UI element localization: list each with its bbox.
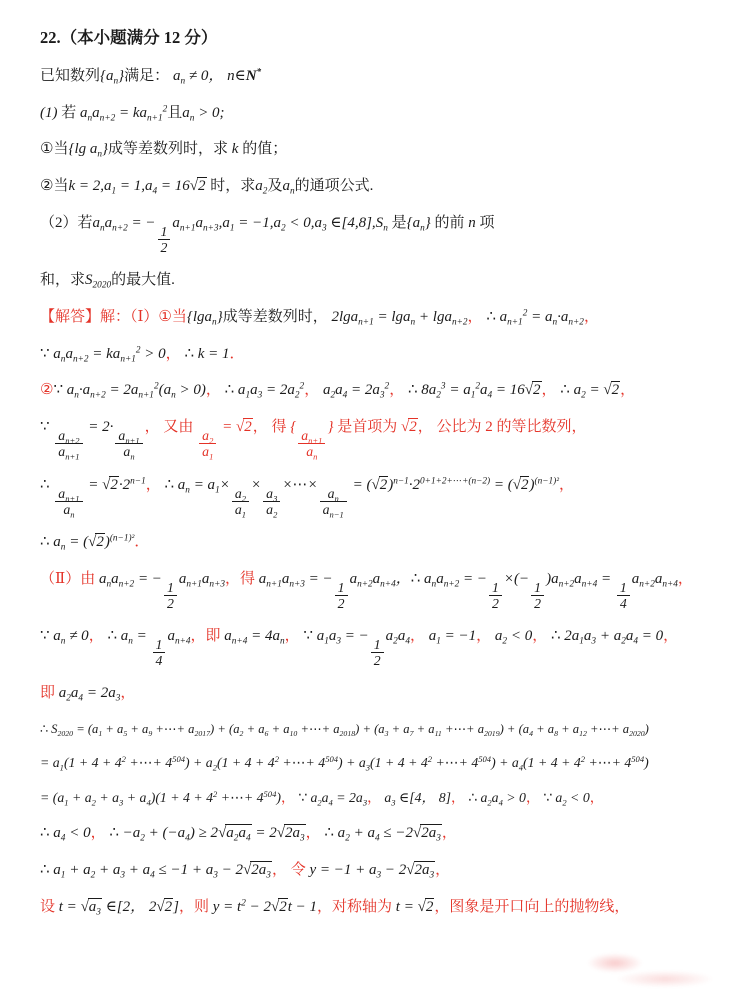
math-run: ∴ S2020 = (a1 + a5 + a9 +⋯+ a2017) + (a2… xyxy=(40,722,649,736)
text-run: ， xyxy=(120,685,135,701)
math-run: ∴ an+1an = √2·2n−1 xyxy=(40,477,146,493)
text-run: ． xyxy=(134,534,149,550)
text-run: 成等差数列时，求 xyxy=(108,141,228,157)
text-run: ， 又由 xyxy=(145,419,198,435)
text-run: ， xyxy=(306,825,321,841)
math-run: ∴ −a2 + (−a4) ≥ 2√a2a4 = 2√2a3 xyxy=(106,825,306,841)
math-run: ∵ a2a4 = 2a3 xyxy=(295,790,367,805)
text-run: ， xyxy=(584,309,599,325)
text-run: 设 xyxy=(40,899,59,915)
math-run: ∵ anan+2 = kan+12 > 0 xyxy=(40,346,166,362)
math-run: ∴ 8a23 = a12a4 = 16√2 xyxy=(404,382,541,398)
solution-step-7: （Ⅱ）由 anan+2 = −12an+1an+3，得 an+1an+3 = −… xyxy=(40,569,707,611)
text-run: ， xyxy=(532,628,547,644)
solution-step-6: ∴ an = (√2)(n−1)²． xyxy=(40,532,707,554)
part1-condition: (1) 若 anan+2 = kan+12且an > 0; xyxy=(40,103,707,125)
text-run: 项 xyxy=(480,215,495,231)
problem-title: 22.（本小题满分 12 分） xyxy=(40,26,707,50)
math-run: ∵ a1a3 = −12a2a4 xyxy=(300,628,410,644)
math-run: (1) xyxy=(40,105,61,121)
doc-lines: 已知数列{an}满足： an ≠ 0， n∈N*(1) 若 anan+2 = k… xyxy=(40,66,707,919)
math-run: ∵ an·an+2 = 2an+12(an > 0) xyxy=(53,382,205,398)
math-run: {lgan} xyxy=(187,309,223,325)
math-run: = (a1 + a2 + a3 + a4)(1 + 4 + 42 +⋯+ 450… xyxy=(40,790,281,805)
text-run: ． xyxy=(230,346,245,362)
text-run: ， xyxy=(559,477,574,493)
math-run: ∵ an ≠ 0 xyxy=(40,628,89,644)
part1-question-2: ②当k = 2,a1 = 1,a4 = 16√2 时，求a2及an的通项公式. xyxy=(40,176,707,198)
math-run: t = √2 xyxy=(396,898,435,915)
solution-step-8: ∵ an ≠ 0， ∴ an = 14an+4，即 an+4 = 4an， ∵ … xyxy=(40,626,707,668)
text-run: ， 公比为 2 的等比数列， xyxy=(418,419,587,435)
text-run: ， xyxy=(285,628,300,644)
solution-step-11: = a1(1 + 4 + 42 +⋯+ 4504) + a2(1 + 4 + 4… xyxy=(40,753,707,773)
text-run: 的最大值. xyxy=(111,272,175,288)
text-run: ，对称轴为 xyxy=(317,899,396,915)
given-condition: 已知数列{an}满足： an ≠ 0， n∈N* xyxy=(40,66,707,88)
solution-step-2: ∵ anan+2 = kan+12 > 0， ∴ k = 1． xyxy=(40,344,707,366)
math-run: anan+2 = kan+12 xyxy=(80,105,167,121)
watermark xyxy=(555,951,735,991)
part2-condition: （2）若anan+2 = −12an+1an+3,a1 = −1,a2 < 0,… xyxy=(40,213,707,255)
math-run: a2 xyxy=(255,178,267,194)
part1-question-1: ①当{lg an}成等差数列时，求 k 的值； xyxy=(40,139,707,161)
solution-step-12: = (a1 + a2 + a3 + a4)(1 + 4 + 42 +⋯+ 450… xyxy=(40,788,707,808)
math-run: t = √a3 ∈[2， 2√2] xyxy=(59,898,179,915)
text-run: ①当 xyxy=(40,141,68,157)
math-run: an > 0; xyxy=(182,105,224,121)
math-run: ∴ k = 1 xyxy=(181,346,230,362)
math-run: a1 = −1 xyxy=(425,628,476,644)
math-run: an xyxy=(282,178,294,194)
text-run: 及 xyxy=(267,178,282,194)
text-run: ， xyxy=(281,790,295,805)
math-run: {lg an} xyxy=(68,141,108,157)
text-run: ， xyxy=(468,309,483,325)
math-run: ∴ a2a4 > 0 xyxy=(465,790,526,805)
text-run: ，图象是开口向上的抛物线， xyxy=(434,899,629,915)
text-run: （2）若 xyxy=(40,215,93,231)
text-run: 即 xyxy=(40,685,59,701)
text-run: ， xyxy=(206,382,221,398)
math-run: ∴ an = 14an+4 xyxy=(104,628,191,644)
text-run: 是首项为 xyxy=(333,419,401,435)
math-run: N* xyxy=(246,68,262,84)
math-run: a2 < 0 xyxy=(491,628,532,644)
math-run: ∵ an+2an+1 = 2·an+1an xyxy=(40,419,145,435)
math-run: ∵ a2 < 0 xyxy=(540,790,590,805)
text-run: ， xyxy=(304,382,319,398)
text-run: ， xyxy=(590,790,604,805)
solution-step-4: ∵ an+2an+1 = 2·an+1an， 又由 a2a1 = √2， 得 {… xyxy=(40,417,707,459)
page: 22.（本小题满分 12 分） 已知数列{an}满足： an ≠ 0， n∈N*… xyxy=(0,0,741,997)
text-run: 【解答】解：（Ⅰ）①当 xyxy=(40,309,187,325)
math-run: {an} xyxy=(100,68,124,84)
math-run: {an} xyxy=(407,215,431,231)
text-run: 是 xyxy=(388,215,407,231)
text-run: ， xyxy=(442,825,457,841)
math-run: a3 ∈[4， 8] xyxy=(381,790,451,805)
text-run: ②当 xyxy=(40,178,68,194)
text-run: ， xyxy=(476,628,491,644)
text-run: ， xyxy=(678,571,693,587)
math-run: ∴ a1 + a2 + a3 + a4 ≤ −1 + a3 − 2√2a3 xyxy=(40,862,272,878)
solution-step-15: 设 t = √a3 ∈[2， 2√2]，则 y = t2 − 2√2t − 1，… xyxy=(40,897,707,919)
text-run: 若 xyxy=(61,105,80,121)
text-run: ， xyxy=(620,382,635,398)
math-run: an+1an+3 = −12an+2an+4，∴ anan+2 = −12×(−… xyxy=(259,571,678,587)
text-run: 已知数列 xyxy=(40,68,100,84)
math-run: an ≠ 0， n∈ xyxy=(173,68,246,84)
solution-step-9: 即 a2a4 = 2a3， xyxy=(40,683,707,705)
text-run: 的值； xyxy=(242,141,287,157)
math-run: ∴ 2a1a3 + a2a4 = 0 xyxy=(547,628,663,644)
text-run: 满足： xyxy=(124,68,173,84)
text-run: ， xyxy=(451,790,465,805)
text-run: ， xyxy=(663,628,678,644)
math-run: S2020 xyxy=(85,272,111,288)
text-run: ， xyxy=(166,346,181,362)
math-run: ∴ a2 + a4 ≤ −2√2a3 xyxy=(321,825,442,841)
text-run: 且 xyxy=(167,105,182,121)
math-run: anan+2 = −12an+1an+3 xyxy=(99,571,225,587)
text-run: ， xyxy=(367,790,381,805)
math-run: k = 2,a1 = 1,a4 = 16√2 xyxy=(68,178,206,194)
solution-step-1: 【解答】解：（Ⅰ）①当{lgan}成等差数列时， 2lgan+1 = lgan … xyxy=(40,307,707,329)
text-run: ， xyxy=(146,477,161,493)
text-run: 时，求 xyxy=(207,178,256,194)
text-run: ② xyxy=(40,382,53,398)
math-run: ∴ an = a1×a2a1×a3a2×⋯×anan−1 = (√2)n−1·2… xyxy=(161,477,559,493)
text-run: ，得 xyxy=(225,571,259,587)
math-run: y = −1 + a3 − 2√2a3 xyxy=(309,862,435,878)
solution-step-3: ②∵ an·an+2 = 2an+12(an > 0)， ∴ a1a3 = 2a… xyxy=(40,380,707,402)
text-run: ， xyxy=(89,628,104,644)
math-run: {an+1an} xyxy=(290,419,333,435)
math-run: 2lgan+1 = lgan + lgan+2 xyxy=(331,309,467,325)
text-run: ， xyxy=(435,862,450,878)
text-run: ， xyxy=(91,825,106,841)
text-run: ， xyxy=(410,628,425,644)
solution-step-14: ∴ a1 + a2 + a3 + a4 ≤ −1 + a3 − 2√2a3， 令… xyxy=(40,860,707,882)
text-run: ， xyxy=(542,382,557,398)
text-run: ，即 xyxy=(191,628,225,644)
math-run: a2a1 = √2 xyxy=(197,419,253,435)
part2-question: 和，求S2020的最大值. xyxy=(40,270,707,292)
text-run: ， xyxy=(526,790,540,805)
math-run: ∴ an+12 = an·an+2 xyxy=(483,309,584,325)
math-run: n xyxy=(465,215,480,231)
math-run: ∴ a1a3 = 2a22 xyxy=(221,382,304,398)
math-run: = a1(1 + 4 + 42 +⋯+ 4504) + a2(1 + 4 + 4… xyxy=(40,755,649,770)
text-run: （Ⅱ）由 xyxy=(40,571,99,587)
math-run: √2 xyxy=(401,418,418,435)
solution-step-13: ∴ a4 < 0， ∴ −a2 + (−a4) ≥ 2√a2a4 = 2√2a3… xyxy=(40,823,707,845)
text-run: ， 令 xyxy=(272,862,310,878)
math-run: an+4 = 4an xyxy=(224,628,284,644)
text-run: 的通项公式. xyxy=(295,178,374,194)
text-run: 的前 xyxy=(431,215,465,231)
math-run: a2a4 = 2a32 xyxy=(319,382,389,398)
text-run: 成等差数列时， xyxy=(223,309,332,325)
solution-step-10: ∴ S2020 = (a1 + a5 + a9 +⋯+ a2017) + (a2… xyxy=(40,720,707,738)
math-run: ∴ a4 < 0 xyxy=(40,825,91,841)
text-run: ， xyxy=(389,382,404,398)
text-run: 和，求 xyxy=(40,272,85,288)
text-run: ， 得 xyxy=(253,419,291,435)
math-run: anan+2 = −12an+1an+3,a1 = −1,a2 < 0,a3 ∈… xyxy=(93,215,388,231)
math-run: y = t2 − 2√2t − 1 xyxy=(213,899,317,915)
solution-step-5: ∴ an+1an = √2·2n−1， ∴ an = a1×a2a1×a3a2×… xyxy=(40,475,707,517)
math-run: ∴ an = (√2)(n−1)² xyxy=(40,534,134,550)
math-run: a2a4 = 2a3 xyxy=(59,685,121,701)
text-run: ，则 xyxy=(179,899,213,915)
math-run: k xyxy=(228,141,242,157)
math-run: ∴ a2 = √2 xyxy=(557,382,621,398)
